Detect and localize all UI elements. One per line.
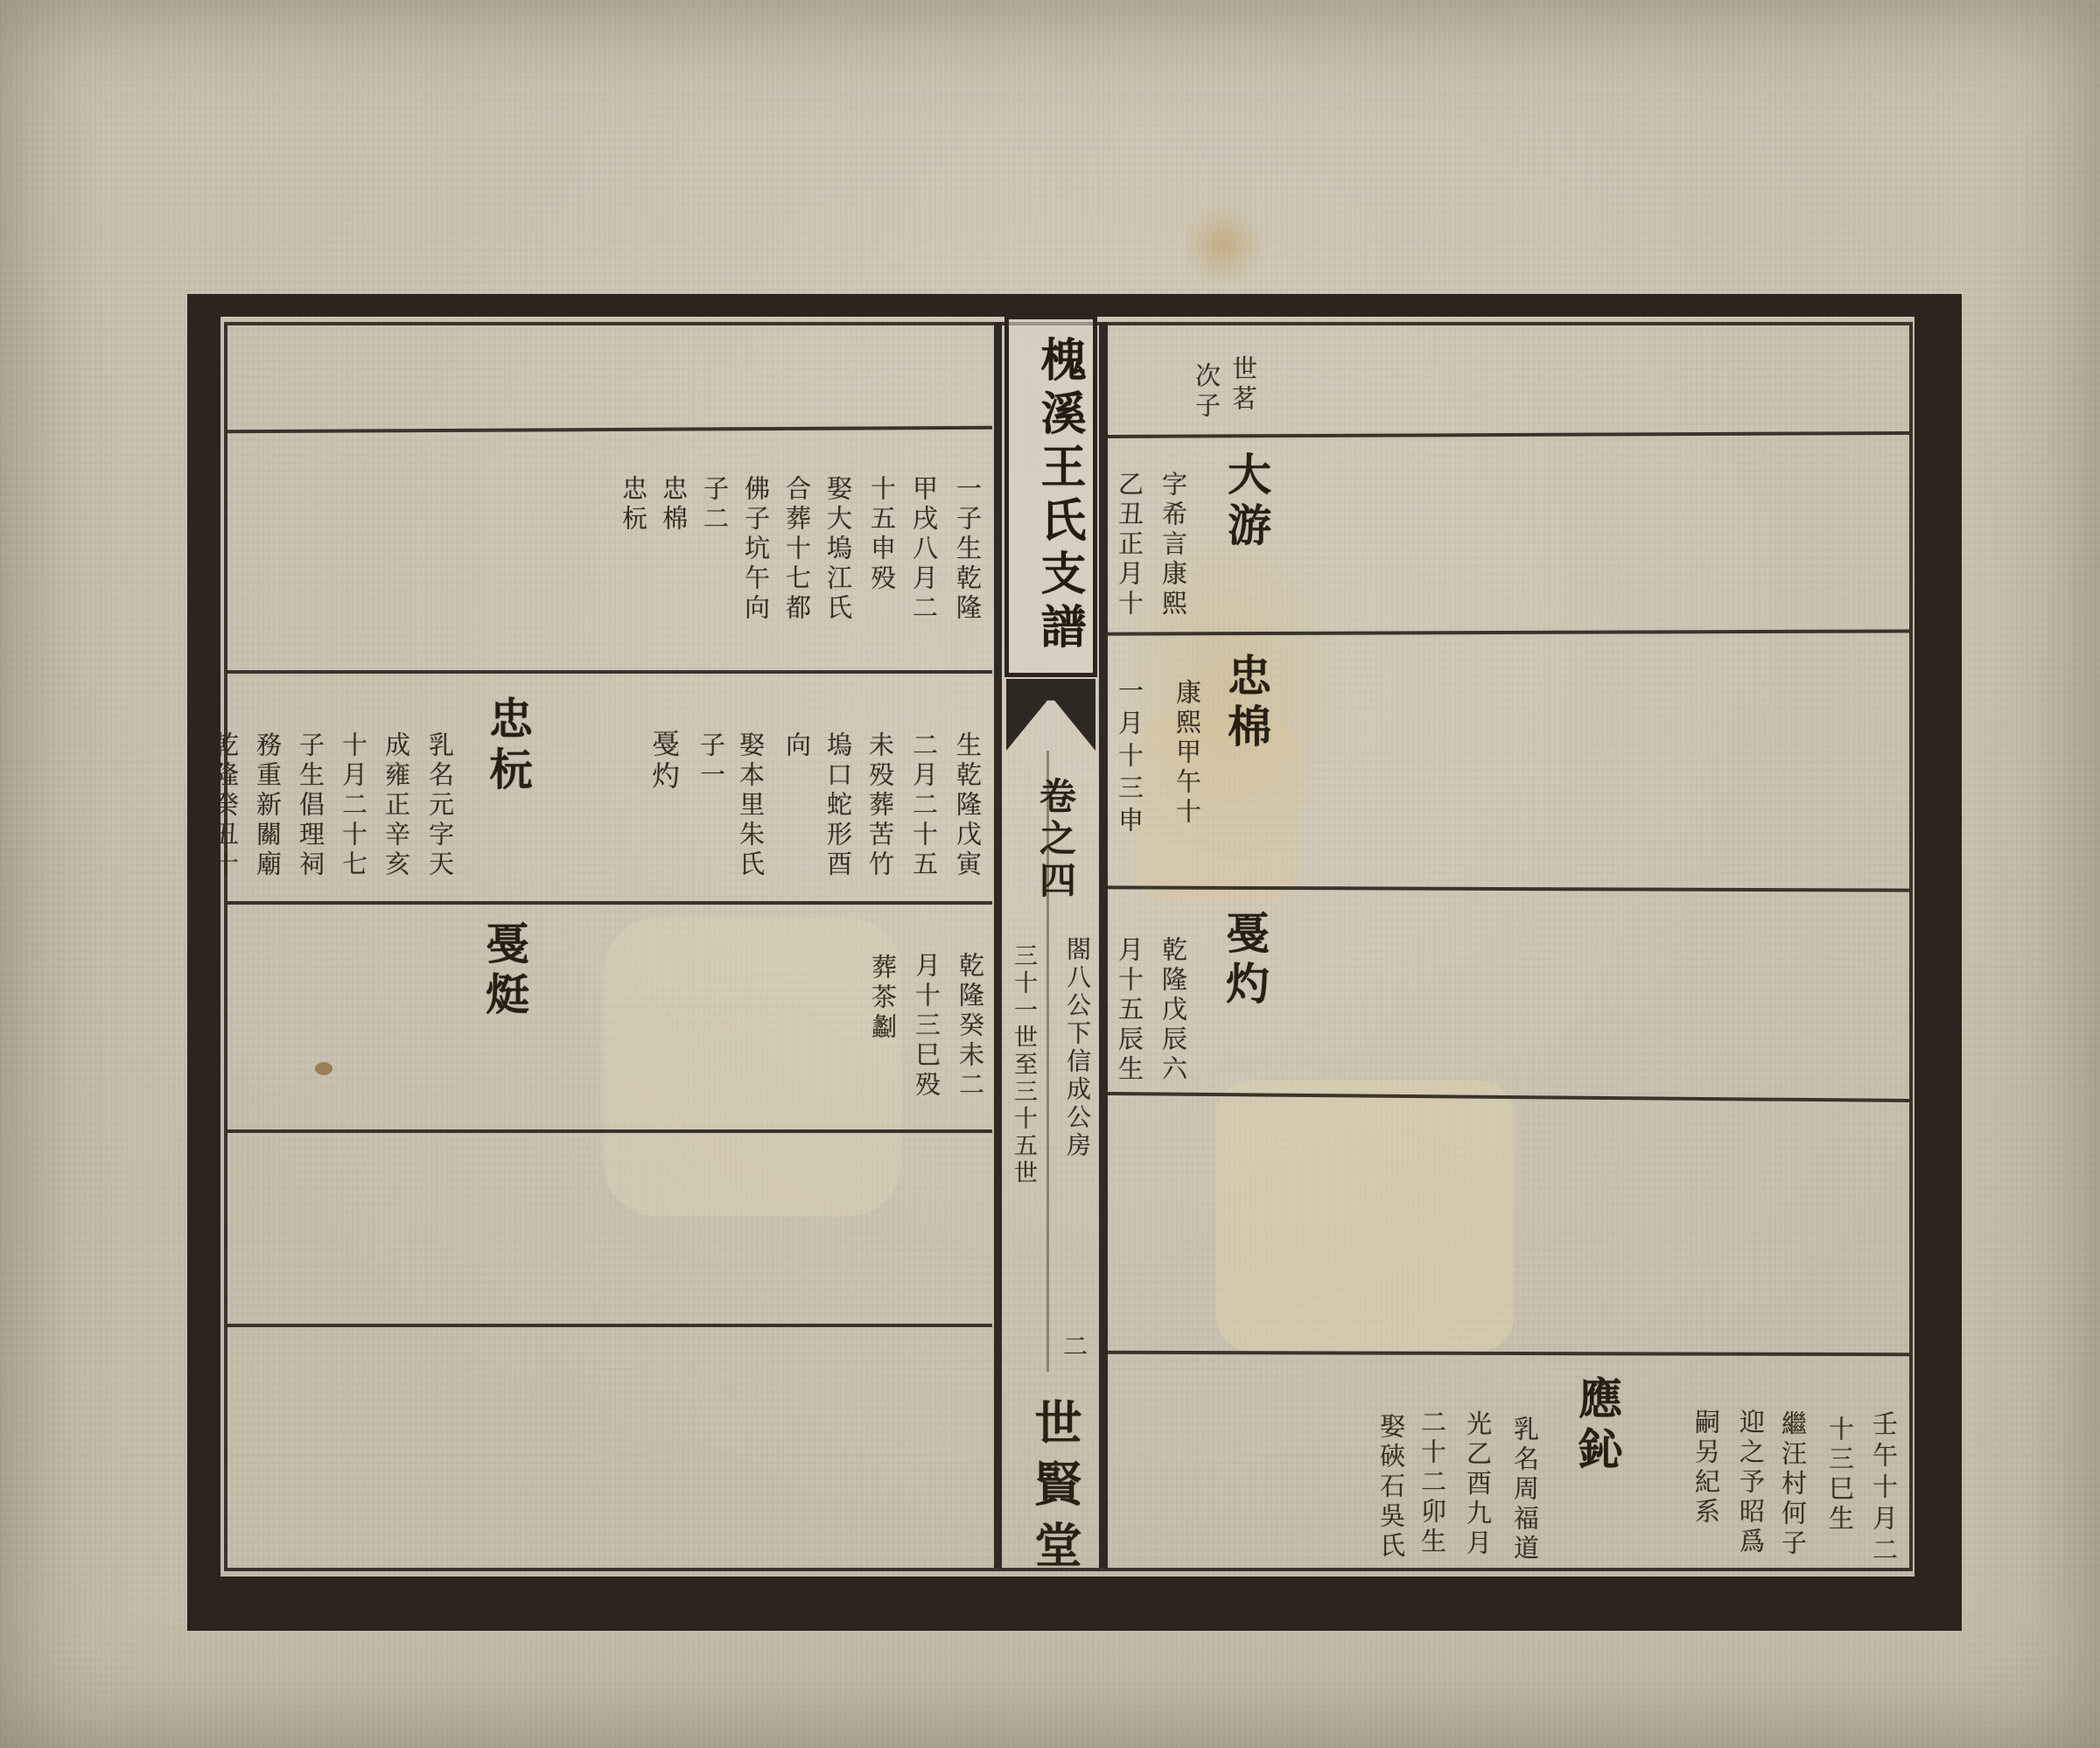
entry-note-col: 康熙甲午十 [1169, 679, 1205, 828]
carryover-col: 未殁葬苦竹 [862, 731, 898, 880]
entry-name: 戞灼 [1213, 910, 1276, 1011]
spine-branch-note-left: 三十一世至三十五世 [1007, 943, 1041, 1187]
entry-note-col: 月十五辰生 [1111, 936, 1147, 1085]
son-count-col: 子二 [696, 475, 732, 535]
carryover-col: 嗣另紀系 [1688, 1409, 1724, 1528]
carryover-col: 壬午十月二 [1865, 1410, 1901, 1568]
carryover-col: 向 [779, 731, 815, 761]
entry-note-col: 子生倡理祠 [292, 731, 328, 880]
son-count-col: 子一 [693, 731, 729, 791]
entry-note-col: 一月十三申 [1111, 677, 1147, 839]
entry-note-col: 成雍正辛亥 [378, 731, 414, 880]
entry-note-col: 光乙酉九月 [1459, 1410, 1495, 1559]
entry-note-col: 字希言康熙 [1155, 471, 1191, 619]
page-number: 二 [1055, 1333, 1090, 1360]
register-line [226, 1324, 992, 1327]
entry-note-col: 乳名周福道 [1507, 1416, 1543, 1564]
carryover-col: 佛子坑午向 [738, 475, 773, 624]
entry-note-col: 十月二十七 [335, 731, 371, 880]
stain [1181, 203, 1264, 286]
carryover-col: 甲戌八月二 [906, 475, 941, 624]
carryover-col: 十五申殁 [864, 475, 899, 594]
carryover-col: 二月二十五 [906, 731, 941, 880]
entry-name: 忠棉 [1214, 653, 1277, 754]
carryover-col: 月十三巳殁 [908, 952, 944, 1101]
book-title: 槐溪王氏支譜 [1025, 336, 1091, 656]
entry-note-col: 乾隆戊辰六 [1155, 936, 1191, 1085]
volume-label: 卷之四 [1028, 777, 1081, 903]
carryover-col: 娶本里朱氏 [732, 731, 768, 880]
spine-left-rule [994, 322, 1002, 1568]
register-line [226, 670, 992, 674]
genealogy-scan-page: 槐溪王氏支譜 卷之四 閤八公下信成公房 三十一世至三十五世 二 世賢堂 世茗 次… [0, 0, 2100, 1748]
carryover-col: 繼汪村何子 [1774, 1410, 1810, 1559]
carryover-col: 合葬十七都 [779, 475, 815, 624]
entry-note-col: 乳名元字天 [422, 731, 458, 880]
carryover-col: 娶大塢江氏 [820, 475, 856, 624]
son-name-col: 戞灼 [644, 729, 684, 794]
carryover-col: 十三巳生 [1822, 1416, 1858, 1535]
carryover-col: 乾隆癸未二 [952, 952, 988, 1101]
spine-right-rule [1099, 322, 1108, 1568]
register-line [226, 1129, 992, 1133]
entry-name: 忠杬 [476, 696, 539, 797]
son-name-col: 忠杬 [615, 475, 651, 535]
carryover-col: 塢口蛇形酉 [820, 731, 856, 880]
entry-note-col: 務重新關廟 [249, 731, 285, 880]
entry-name: 戞烶 [472, 920, 535, 1022]
hall-name: 世賢堂 [1021, 1398, 1088, 1582]
register-line [226, 901, 992, 905]
son-name-col: 忠棉 [655, 475, 691, 535]
entry-name: 大游 [1214, 451, 1277, 553]
carryover-col: 生乾隆戊寅 [949, 731, 985, 880]
entry-note-col: 娶硤石吳氏 [1373, 1413, 1409, 1562]
entry-note-col: 乙丑正月十 [1111, 471, 1147, 619]
carryover-col: 一子生乾隆 [949, 475, 985, 624]
carryover-col: 葬茶劙 [864, 954, 900, 1043]
header-note-col: 世茗 [1225, 355, 1261, 415]
entry-name: 應鈊 [1565, 1375, 1628, 1477]
spine-branch-note-right: 閤八公下信成公房 [1059, 936, 1094, 1160]
entry-note-col: 二十二卯生 [1414, 1409, 1450, 1557]
entry-note-col: 乾隆癸丑十 [206, 731, 242, 880]
header-note-col: 次子 [1188, 362, 1224, 422]
carryover-col: 迎之予昭爲 [1732, 1409, 1768, 1557]
